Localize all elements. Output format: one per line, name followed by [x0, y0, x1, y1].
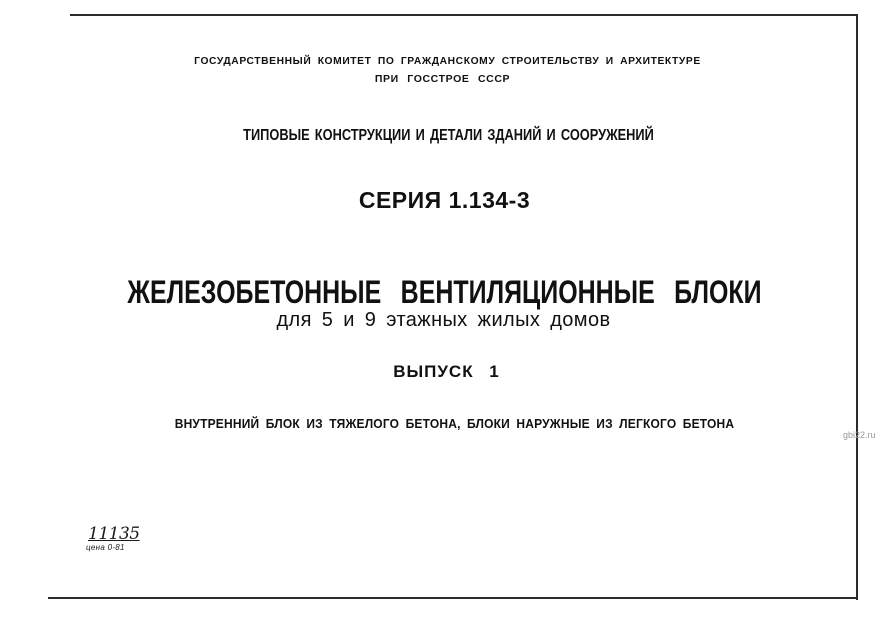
frame-border-top [70, 14, 858, 16]
frame-border-bottom [48, 597, 858, 599]
stamp-number: 11135 [88, 524, 140, 544]
issue-number: ВЫПУСК 1 [8, 362, 877, 382]
watermark: gbi22.ru [843, 430, 876, 440]
document-description: ВНУТРЕННИЙ БЛОК ИЗ ТЯЖЕЛОГО БЕТОНА, БЛОК… [34, 417, 876, 431]
frame-border-right [856, 14, 858, 600]
committee-name: ГОСУДАРСТВЕННЫЙ КОМИТЕТ ПО ГРАЖДАНСКОМУ … [18, 55, 877, 67]
document-category: ТИПОВЫЕ КОНСТРУКЦИИ И ДЕТАЛИ ЗДАНИЙ И СО… [98, 127, 800, 145]
series-number: СЕРИЯ 1.134-3 [6, 187, 877, 214]
stamp-price: цена 0-81 [86, 543, 125, 552]
document-title: ЖЕЛЕЗОБЕТОННЫЕ ВЕНТИЛЯЦИОННЫЕ БЛОКИ [102, 274, 786, 311]
committee-affiliation: ПРИ ГОССТРОЕ СССР [4, 73, 877, 85]
document-subtitle: для 5 и 9 этажных жилых домов [5, 309, 877, 332]
